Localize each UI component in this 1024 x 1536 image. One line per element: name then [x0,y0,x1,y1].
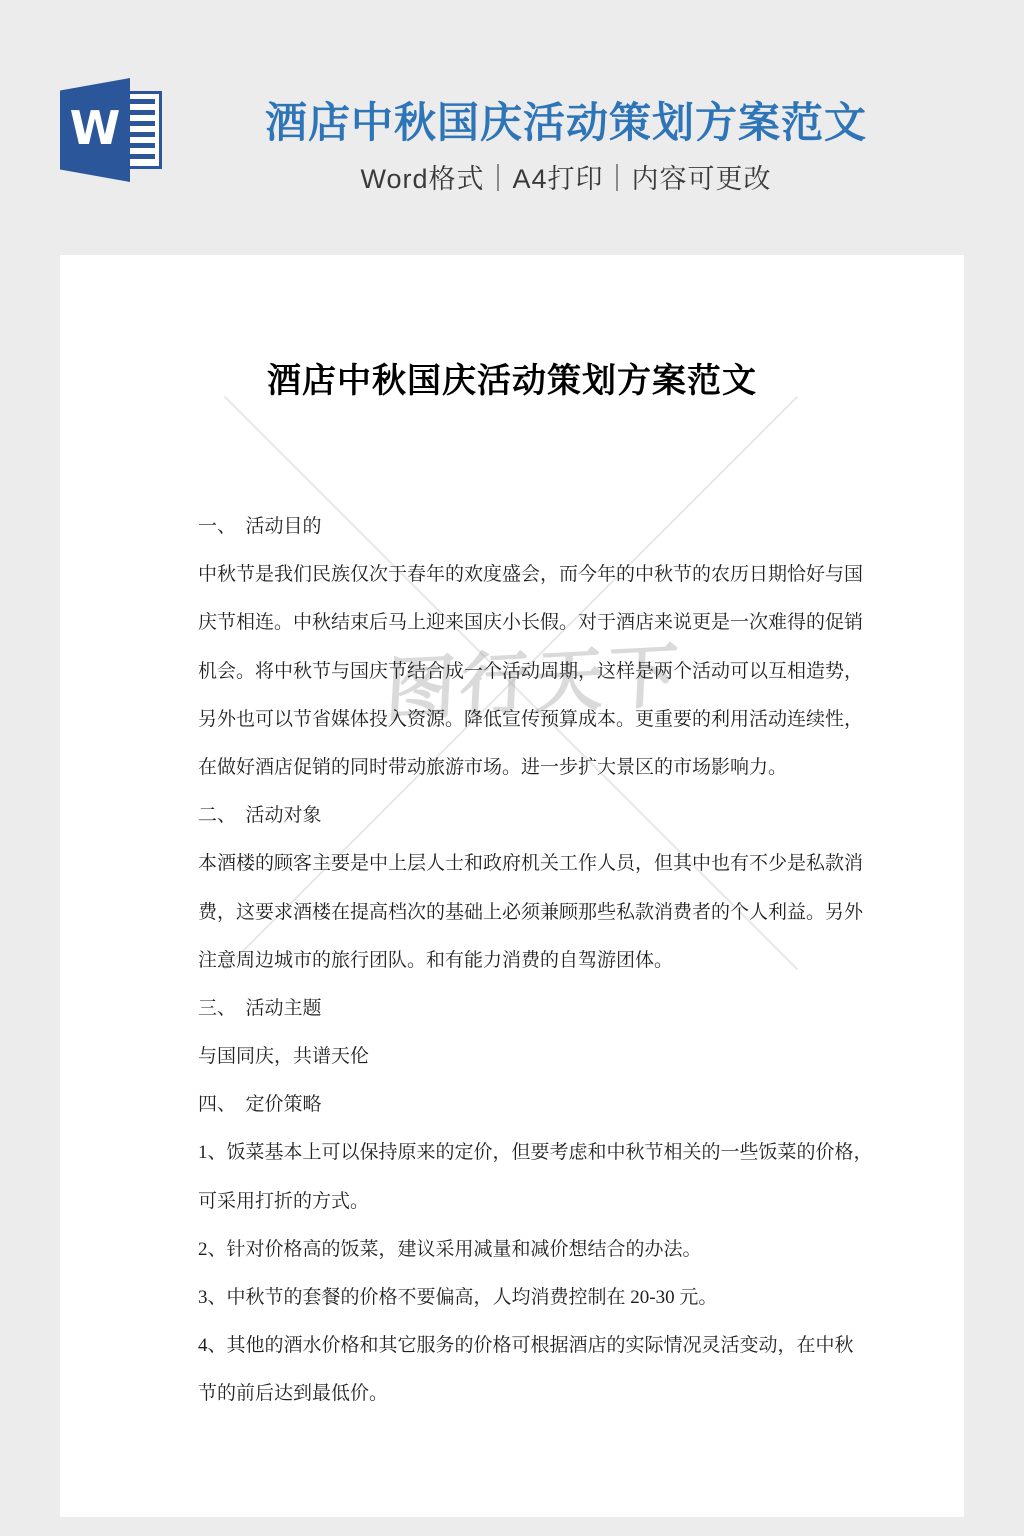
body-line: 三、 活动主题 [198,985,850,1033]
body-line: 节的前后达到最低价。 [198,1370,850,1418]
body-line: 与国同庆，共谱天伦 [198,1033,850,1081]
body-line: 可采用打折的方式。 [198,1178,850,1226]
body-line: 一、 活动目的 [198,503,850,551]
body-line: 本酒楼的顾客主要是中上层人士和政府机关工作人员，但其中也有不少是私款消 [198,840,850,888]
body-line: 费，这要求酒楼在提高档次的基础上必须兼顾那些私款消费者的个人利益。另外 [198,889,850,937]
body-line: 1、饭菜基本上可以保持原来的定价，但要考虑和中秋节相关的一些饭菜的价格， [198,1129,850,1177]
body-line: 4、其他的酒水价格和其它服务的价格可根据酒店的实际情况灵活变动，在中秋 [198,1322,850,1370]
header-title: 酒店中秋国庆活动策划方案范文 [265,90,867,150]
template-preview-page: { "header": { "title": "酒店中秋国庆活动策划方案范文",… [0,0,1024,1536]
body-line: 另外也可以节省媒体投入资源。降低宣传预算成本。更重要的利用活动连续性， [198,696,850,744]
document-title: 酒店中秋国庆活动策划方案范文 [60,353,964,402]
body-line: 二、 活动对象 [198,792,850,840]
document-body: 一、 活动目的 中秋节是我们民族仅次于春年的欢度盛会，而今年的中秋节的农历日期恰… [198,503,850,1419]
header: W 酒店中秋国庆活动策划方案范文 Word格式｜A4打印｜内容可更改 [0,0,1024,255]
header-subtitle: Word格式｜A4打印｜内容可更改 [360,157,771,196]
word-file-icon: W [60,78,164,182]
body-line: 在做好酒店促销的同时带动旅游市场。进一步扩大景区的市场影响力。 [198,744,850,792]
body-line: 3、中秋节的套餐的价格不要偏高，人均消费控制在 20-30 元。 [198,1274,850,1322]
body-line: 四、 定价策略 [198,1081,850,1129]
document-page: 图行天下 酒店中秋国庆活动策划方案范文 一、 活动目的 中秋节是我们民族仅次于春… [60,255,964,1517]
body-line: 机会。将中秋节与国庆节结合成一个活动周期，这样是两个活动可以互相造势， [198,648,850,696]
body-line: 庆节相连。中秋结束后马上迎来国庆小长假。对于酒店来说更是一次难得的促销 [198,599,850,647]
body-line: 中秋节是我们民族仅次于春年的欢度盛会，而今年的中秋节的农历日期恰好与国 [198,551,850,599]
word-logo-slab: W [60,78,130,182]
body-line: 2、针对价格高的饭菜，建议采用减量和减价想结合的办法。 [198,1226,850,1274]
body-line: 注意周边城市的旅行团队。和有能力消费的自驾游团体。 [198,937,850,985]
word-logo-letter: W [70,105,121,151]
